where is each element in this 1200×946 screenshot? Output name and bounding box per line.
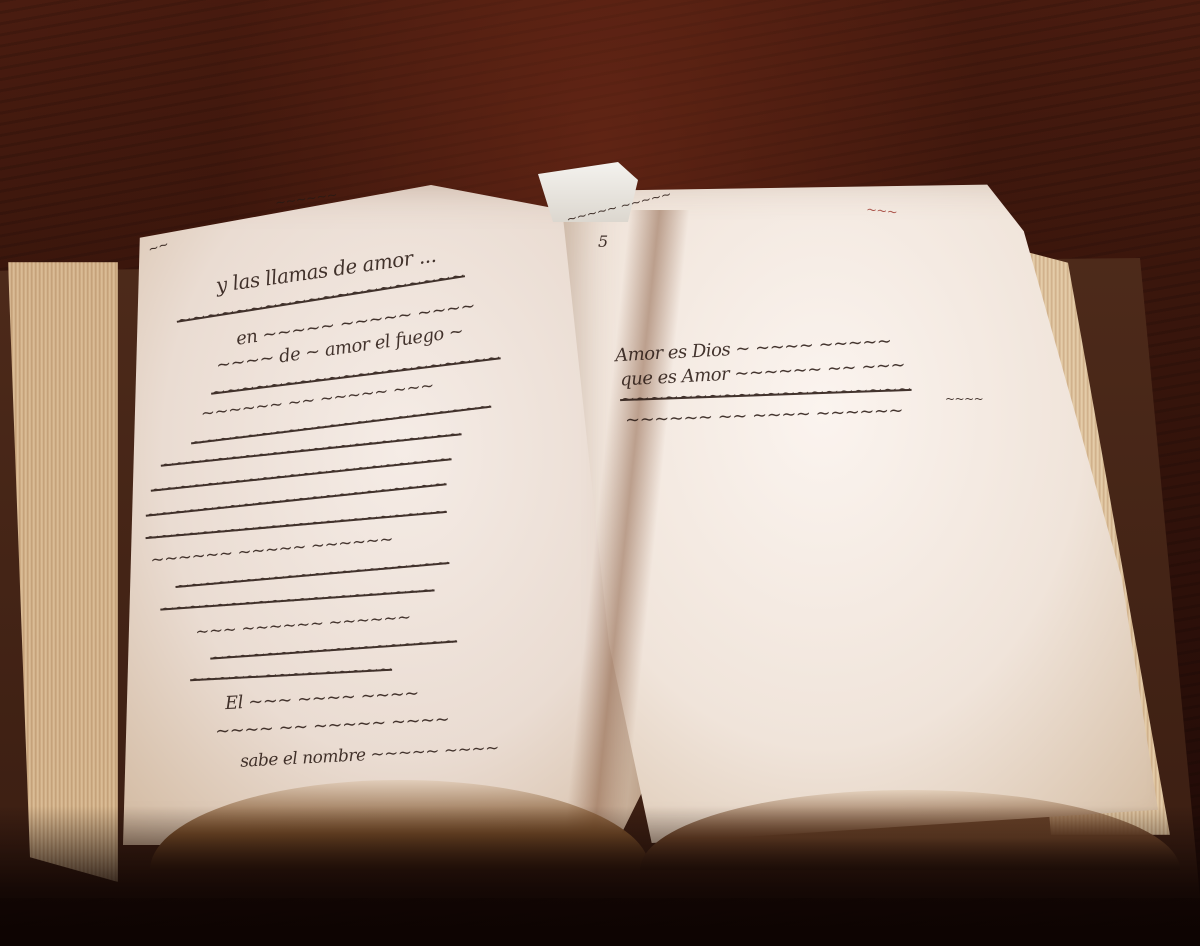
foreground-shadow — [0, 806, 1200, 946]
red-ink-annotation: ~~~ — [865, 202, 898, 220]
right-page-number: 5 — [598, 232, 608, 251]
right-margin-note: ~~~~ — [945, 392, 983, 406]
